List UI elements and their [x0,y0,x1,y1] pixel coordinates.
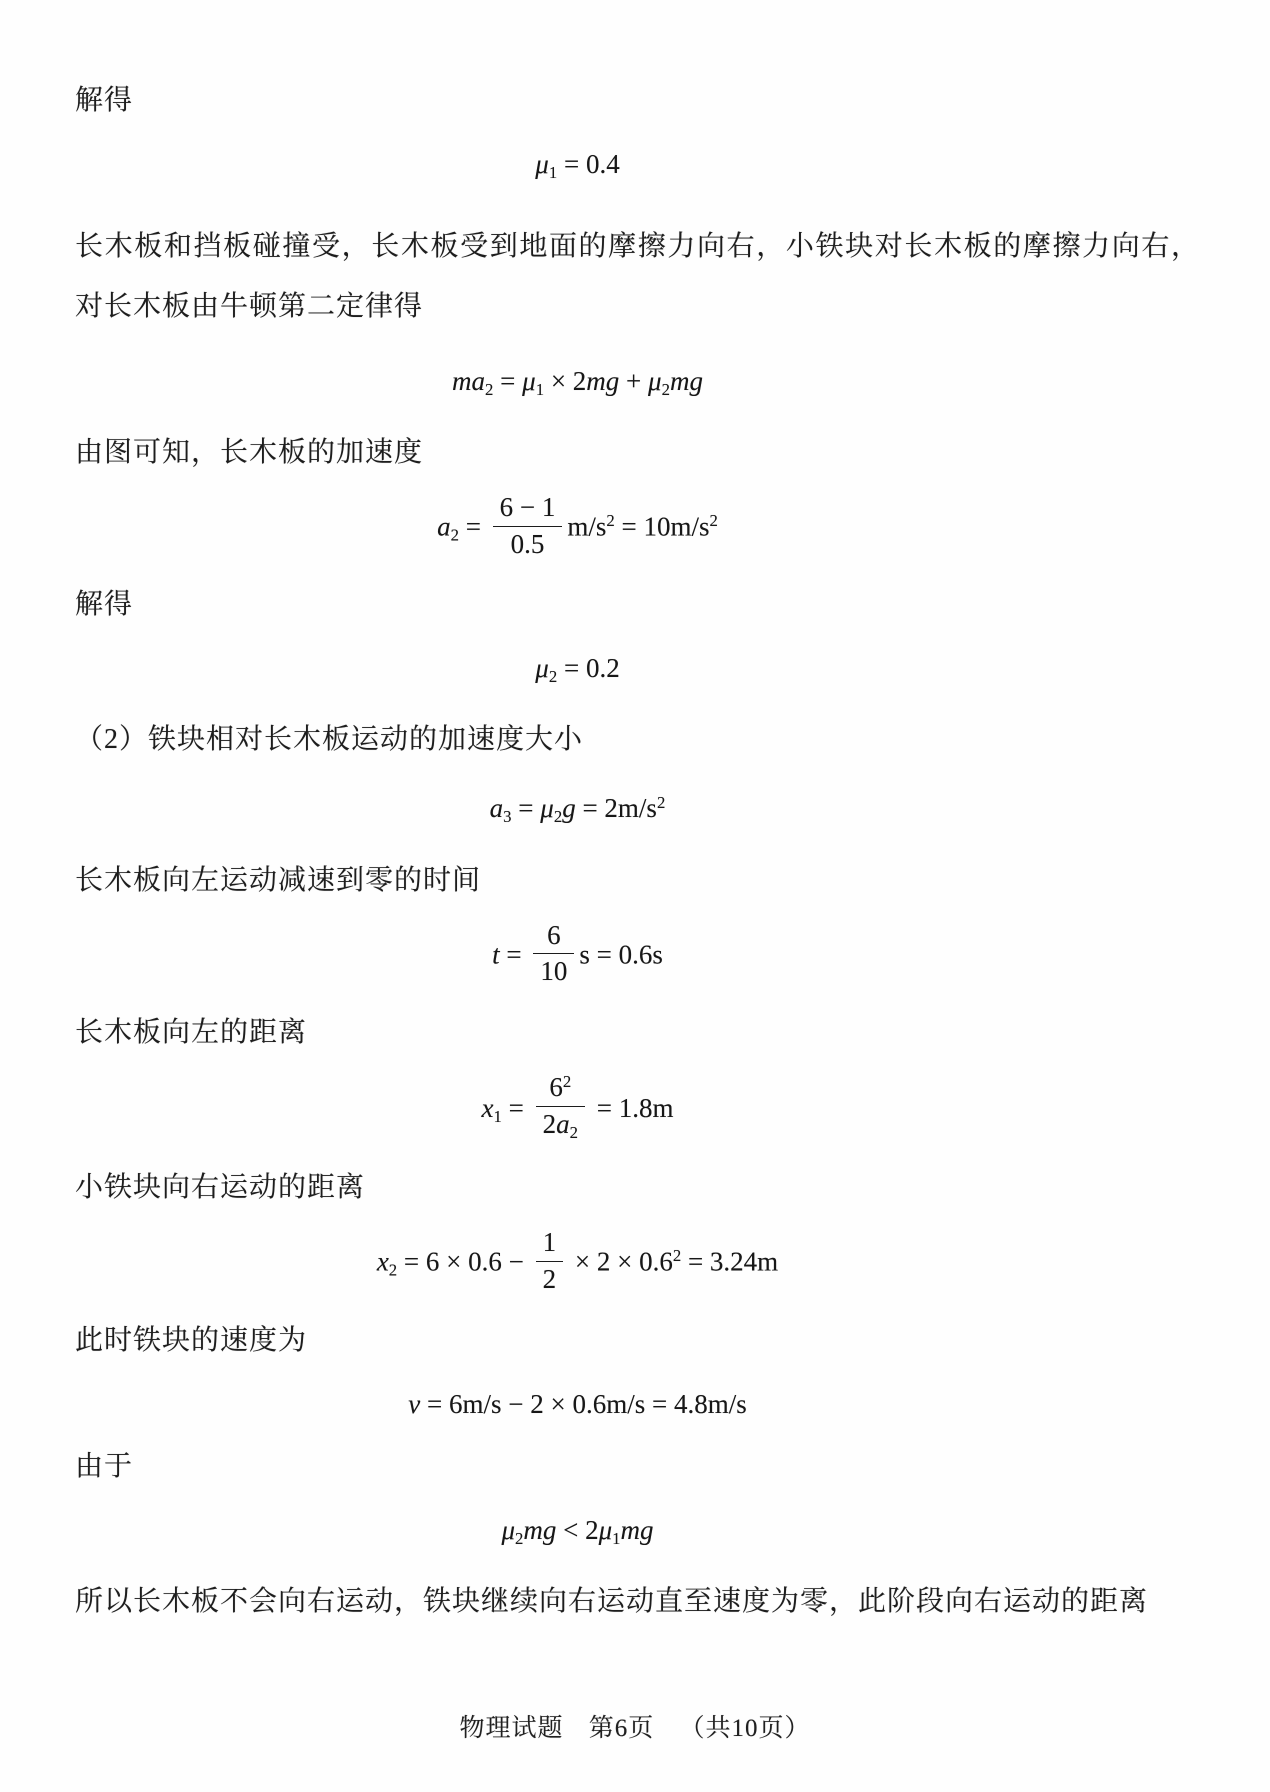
formula-mu2-value: μ2 = 0.2 [75,648,1200,697]
board-decel-time-label: 长木板向左运动减速到零的时间 [75,862,1200,900]
formula-v-value: v = 6m/s − 2 × 0.6m/s = 4.8m/s [75,1384,1200,1424]
formula-a2-value: a2 = 6 − 10.5m/s2 = 10m/s2 [75,496,1200,562]
block-speed-label: 此时铁块的速度为 [75,1322,1200,1360]
graph-acceleration-label: 由图可知，长木板的加速度 [75,434,1200,472]
conclusion-paragraph: 所以长木板不会向右运动，铁块继续向右运动直至速度为零，此阶段向右运动的距离 [75,1583,1200,1621]
fraction: 610 [533,921,574,987]
board-left-distance-label: 长木板向左的距离 [75,1014,1200,1052]
fraction: 622a2 [536,1073,585,1142]
page-footer: 物理试题 第6页 （共10页） [0,1708,1270,1744]
newton-second-law-paragraph: 长木板和挡板碰撞受，长木板受到地面的摩擦力向右，小铁块对长木板的摩擦力向右，对长… [75,217,1200,337]
formula-mu1-value: μ1 = 0.4 [75,144,1200,193]
formula-x1-value: x1 = 622a2 = 1.8m [75,1076,1200,1145]
formula-x2-value: x2 = 6 × 0.6 − 12 × 2 × 0.62 = 3.24m [75,1231,1200,1297]
formula-friction-inequality: μ2mg < 2μ1mg [75,1510,1200,1559]
document-page: 解得μ1 = 0.4长木板和挡板碰撞受，长木板受到地面的摩擦力向右，小铁块对长木… [0,0,1270,1792]
solve-label-2: 解得 [75,586,1200,624]
page-content: 解得μ1 = 0.4长木板和挡板碰撞受，长木板受到地面的摩擦力向右，小铁块对长木… [0,0,1270,1621]
formula-a3-value: a3 = μ2g = 2m/s2 [75,783,1200,837]
footer-doc-title: 物理试题 [459,1715,563,1742]
footer-page-number: 第6页 [589,1715,655,1742]
part2-heading: （2）铁块相对长木板运动的加速度大小 [75,721,1200,759]
footer-page-total: （共10页） [680,1715,811,1742]
solve-label-1: 解得 [75,82,1200,120]
formula-newton-board: ma2 = μ1 × 2mg + μ2mg [75,361,1200,410]
because-label: 由于 [75,1448,1200,1486]
fraction: 12 [536,1228,564,1294]
formula-time-value: t = 610s = 0.6s [75,924,1200,990]
block-right-distance-label: 小铁块向右运动的距离 [75,1169,1200,1207]
fraction: 6 − 10.5 [493,493,563,559]
